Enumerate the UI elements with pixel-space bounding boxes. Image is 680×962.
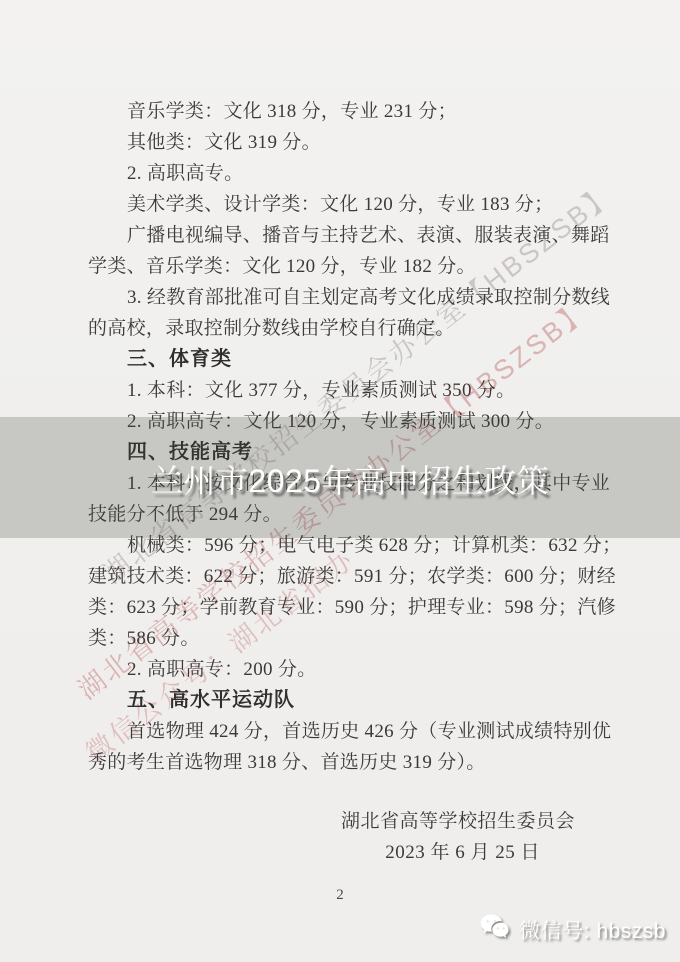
signature-committee: 湖北省高等学校招生委员会 xyxy=(0,806,680,837)
doc-line: 秀的考生首选物理 318 分、首选历史 319 分）。 xyxy=(0,747,680,778)
doc-line: 广播电视编导、播音与主持艺术、表演、服装表演、舞蹈 xyxy=(0,220,680,251)
doc-heading-sports: 三、体育类 xyxy=(0,344,680,375)
wechat-icon xyxy=(479,913,513,946)
doc-line: 2. 高职高专：文化 120 分，专业素质测试 300 分。 xyxy=(0,406,680,437)
doc-line: 类：623 分；学前教育专业：590 分；护理专业：598 分；汽修 xyxy=(0,592,680,623)
page-number: 2 xyxy=(0,884,680,906)
wechat-badge: 微信号: hbszsb xyxy=(479,913,666,946)
doc-line: 2. 高职高专。 xyxy=(0,158,680,189)
doc-line: 3. 经教育部批准可自主划定高考文化成绩录取控制分数线 xyxy=(0,282,680,313)
doc-line: 学类、音乐学类：文化 120 分，专业 182 分。 xyxy=(0,251,680,282)
doc-line: 其他类：文化 319 分。 xyxy=(0,127,680,158)
doc-line: 2. 高职高专：200 分。 xyxy=(0,654,680,685)
document-page: 湖北省高等学校招生委员会办公室【HBSZSB】 湖北省高等学校招生委员会办公室【… xyxy=(0,0,680,962)
signature-date: 2023 年 6 月 25 日 xyxy=(0,837,680,868)
doc-heading-athletes: 五、高水平运动队 xyxy=(0,685,680,716)
doc-line: 类：586 分。 xyxy=(0,623,680,654)
doc-line: 首选物理 424 分，首选历史 426 分（专业测试成绩特别优 xyxy=(0,716,680,747)
doc-line: 的高校，录取控制分数线由学校自行确定。 xyxy=(0,313,680,344)
doc-line: 音乐学类：文化 318 分，专业 231 分； xyxy=(0,96,680,127)
doc-line: 技能分不低于 294 分。 xyxy=(0,499,680,530)
doc-line: 机械类：596 分；电气电子类 628 分；计算机类：632 分； xyxy=(0,530,680,561)
doc-line: 1. 本科：文化 377 分，专业素质测试 350 分。 xyxy=(0,375,680,406)
doc-line: 美术学类、设计学类：文化 120 分，专业 183 分； xyxy=(0,189,680,220)
wechat-id-label: 微信号: hbszsb xyxy=(519,915,666,945)
doc-line: 建筑技术类：622 分；旅游类：591 分；农学类：600 分；财经 xyxy=(0,561,680,592)
overlay-title: 兰州市2025年高中招生政策 xyxy=(10,460,680,502)
